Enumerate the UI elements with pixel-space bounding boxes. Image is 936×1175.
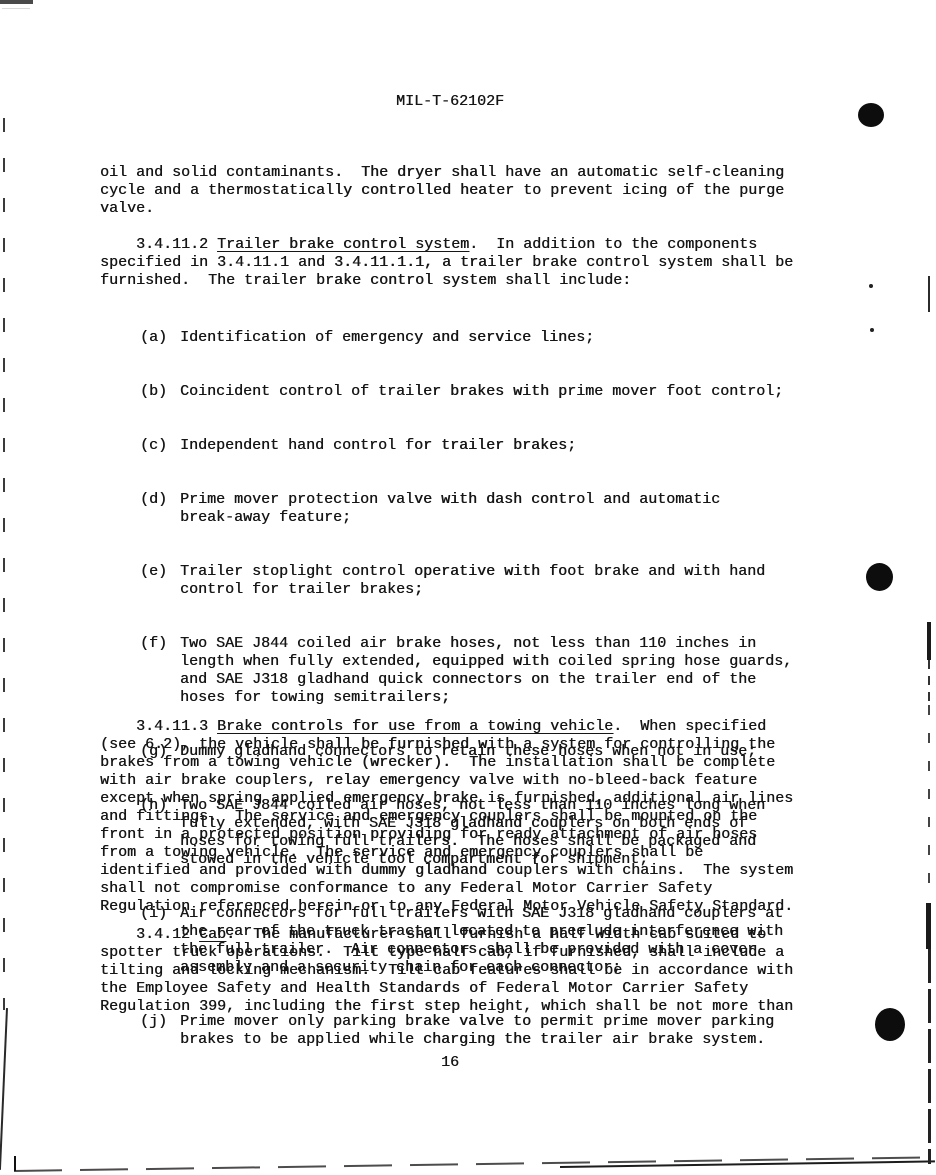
scan-speck — [869, 284, 873, 288]
section-title-underlined: Cab — [199, 926, 226, 943]
item-text: Independent hand control for trailer bra… — [180, 437, 842, 455]
item-text: Prime mover protection valve with dash c… — [180, 491, 842, 527]
left-edge-bottom-line — [0, 1008, 8, 1170]
item-text: Trailer stoplight control operative with… — [180, 563, 842, 599]
intro-paragraph: oil and solid contaminants. The dryer sh… — [100, 164, 842, 218]
list-item: (c)Independent hand control for trailer … — [100, 437, 842, 455]
list-item: (b)Coincident control of trailer brakes … — [100, 383, 842, 401]
top-left-faint-line — [2, 8, 30, 9]
right-edge-line-segment — [928, 660, 930, 704]
section-body-text: . When specified (see 6.2), the vehicle … — [100, 718, 793, 915]
item-text: Coincident control of trailer brakes wit… — [180, 383, 842, 401]
item-text: Identification of emergency and service … — [180, 329, 842, 347]
scanned-document-page: MIL-T-62102F oil and solid contaminants.… — [0, 0, 936, 1175]
item-label: (j) — [140, 1013, 180, 1049]
right-edge-line-segment — [928, 949, 931, 1164]
item-label: (d) — [140, 491, 180, 527]
punch-hole-dot — [858, 103, 884, 127]
section-number: 3.4.11.2 — [100, 236, 217, 253]
item-text: Prime mover only parking brake valve to … — [180, 1013, 842, 1049]
right-edge-line-segment — [928, 276, 930, 312]
section-paragraph-3-4-11-3: 3.4.11.3 Brake controls for use from a t… — [100, 718, 842, 916]
top-left-scan-bar — [0, 0, 33, 4]
list-item: (e)Trailer stoplight control operative w… — [100, 563, 842, 599]
item-label: (e) — [140, 563, 180, 599]
section-paragraph-3-4-12: 3.4.12 Cab. The manufacturer shall furni… — [100, 926, 842, 1016]
section-paragraph-3-4-11-2: 3.4.11.2 Trailer brake control system. I… — [100, 236, 842, 290]
item-label: (a) — [140, 329, 180, 347]
list-item: (j)Prime mover only parking brake valve … — [100, 1013, 842, 1049]
punch-hole-dot — [875, 1008, 905, 1041]
right-edge-line-segment — [926, 903, 931, 949]
document-id-header: MIL-T-62102F — [100, 93, 800, 111]
item-text: Two SAE J844 coiled air brake hoses, not… — [180, 635, 842, 707]
list-item: (d)Prime mover protection valve with das… — [100, 491, 842, 527]
right-edge-line-segment — [928, 705, 930, 901]
item-label: (f) — [140, 635, 180, 707]
page-number: 16 — [100, 1054, 800, 1072]
section-title-underlined: Brake controls for use from a towing veh… — [217, 718, 613, 735]
bottom-left-corner-stub — [14, 1156, 16, 1171]
scan-speck — [870, 328, 874, 332]
list-item: (a)Identification of emergency and servi… — [100, 329, 842, 347]
list-item: (f)Two SAE J844 coiled air brake hoses, … — [100, 635, 842, 707]
left-edge-dashed-line — [3, 118, 5, 1010]
section-number: 3.4.11.3 — [100, 718, 217, 735]
item-label: (c) — [140, 437, 180, 455]
item-label: (b) — [140, 383, 180, 401]
right-edge-line-segment — [927, 622, 931, 660]
section-number: 3.4.12 — [100, 926, 199, 943]
punch-hole-dot — [866, 563, 893, 591]
section-title-underlined: Trailer brake control system — [217, 236, 469, 253]
